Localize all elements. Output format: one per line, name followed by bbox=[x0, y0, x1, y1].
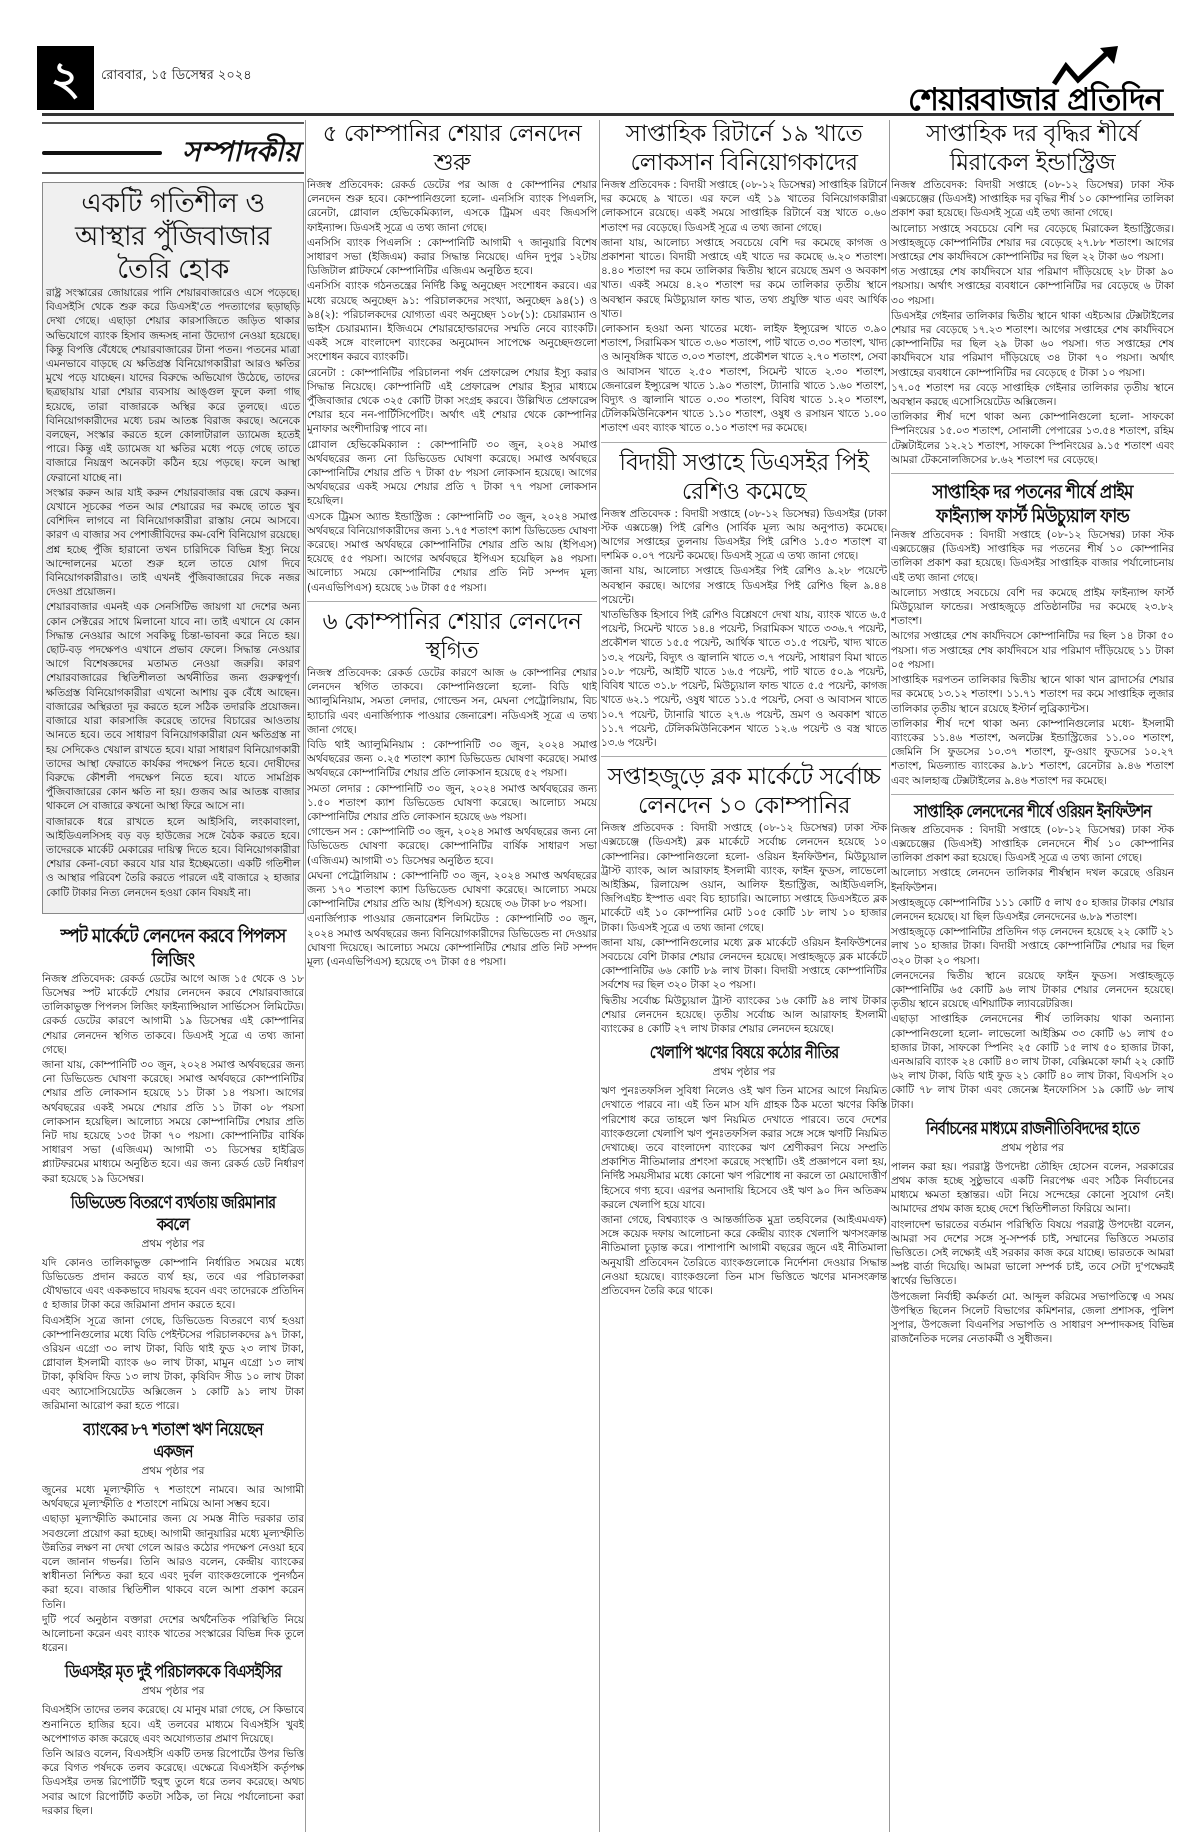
continued-label: প্রথম পৃষ্ঠার পর bbox=[891, 1141, 1174, 1158]
article-default-loan-policy[interactable]: খেলাপি ঋণের বিষয়ে কঠোর নীতির প্রথম পৃষ্… bbox=[601, 1042, 887, 1298]
article-divider bbox=[601, 442, 887, 443]
editorial-article[interactable]: একটি গতিশীল ও আস্থার পুঁজিবাজার তৈরি হোক… bbox=[42, 182, 304, 914]
article-paragraph: নিজস্ব প্রতিবেদক : বিদায়ী সপ্তাহে (০৮-১… bbox=[891, 528, 1174, 585]
article-paragraph: নিজস্ব প্রতিবেদক: রেকর্ড ডেটের পর আজ ৫ ক… bbox=[307, 178, 597, 235]
article-paragraph: এনার্জিপ্যাক পাওয়ার জেনারেশন লিমিটেড : … bbox=[307, 912, 597, 969]
article-paragraph: জানা যায়, কোম্পানিগুলোর মধ্যে ব্লক মার্… bbox=[601, 936, 887, 993]
article-dse-directors[interactable]: ডিএসইর মৃত দুই পরিচালককে বিএসইসির প্রথম … bbox=[42, 1661, 304, 1818]
article-paragraph: নিজস্ব প্রতিবেদক : বিদায়ী সপ্তাহে (০৮-১… bbox=[601, 821, 887, 935]
article-paragraph: উপজেলা নির্বাহী কর্মকর্তা মো. আব্দুল করি… bbox=[891, 1290, 1174, 1347]
continued-label: প্রথম পৃষ্ঠার পর bbox=[601, 1065, 887, 1082]
article-paragraph: এছাড়া মূল্যস্ফীতি কমানোর জন্য যে সমস্ত … bbox=[42, 1512, 304, 1611]
article-paragraph: ১৭.০৫ শতাংশ দর বেড়ে সাপ্তাহিক গেইনার তা… bbox=[891, 381, 1174, 409]
article-divider bbox=[307, 601, 597, 602]
article-paragraph: গত সপ্তাহের শেষ কার্যদিবসে যার পরিমাণ দা… bbox=[891, 265, 1174, 308]
page-number: ২ bbox=[37, 46, 94, 110]
article-peoples-leasing[interactable]: স্পট মার্কেটে লেনদেন করবে পিপলস লিজিং নি… bbox=[42, 924, 304, 1186]
article-paragraph: নিজস্ব প্রতিবেদক: রেকর্ড ডেটের আগে আজ ১৫… bbox=[42, 972, 304, 1057]
article-paragraph: ডিএসইর গেইনার তালিকার দ্বিতীয় স্থানে থা… bbox=[891, 309, 1174, 380]
article-headline: সাপ্তাহিক রিটার্নে ১৯ খাতে লোকসান বিনিয়… bbox=[601, 120, 887, 178]
article-paragraph: বিএসইসি তাদের তলব করেছে। যে মানুষ মারা গ… bbox=[42, 1703, 304, 1746]
article-paragraph: লেনদেনের দ্বিতীয় স্থানে রয়েছে ফাইন ফুড… bbox=[891, 969, 1174, 1012]
article-paragraph: এনসিসি ব্যাংক গঠনতন্ত্রের নির্দিষ্ট কিছু… bbox=[307, 279, 597, 364]
article-five-companies-resume[interactable]: ৫ কোম্পানির শেয়ার লেনদেন শুরু নিজস্ব প্… bbox=[307, 120, 597, 595]
masthead: ২ রোববার, ১৫ ডিসেম্বর ২০২৪ শেয়ারবাজার প… bbox=[37, 46, 1174, 110]
publication-date: রোববার, ১৫ ডিসেম্বর ২০২৪ bbox=[101, 66, 252, 87]
header-divider bbox=[42, 113, 1174, 116]
article-paragraph: নিজস্ব প্রতিবেদক: বিদায়ী সপ্তাহে (০৮-১২… bbox=[891, 178, 1174, 221]
column-3: সাপ্তাহিক রিটার্নে ১৯ খাতে লোকসান বিনিয়… bbox=[601, 120, 887, 1832]
column-4: সাপ্তাহিক দর বৃদ্ধির শীর্ষে মিরাকেল ইন্ড… bbox=[891, 120, 1174, 1832]
article-paragraph: এসকে ট্রিমস অ্যান্ড ইন্ডাস্ট্রিজ : কোম্প… bbox=[307, 510, 597, 595]
article-headline: সপ্তাহজুড়ে ব্লক মার্কেটে সর্বোচ্চ লেনদে… bbox=[601, 763, 887, 821]
article-headline: খেলাপি ঋণের বিষয়ে কঠোর নীতির bbox=[622, 1042, 865, 1064]
article-paragraph: আলোচ্য সপ্তাহে সবচেয়ে বেশি দর বেড়েছে ম… bbox=[891, 222, 1174, 265]
article-paragraph: গ্লোবাল হেভিকেমিক্যাল : কোম্পানিটি ৩০ জু… bbox=[307, 438, 597, 509]
article-pe-ratio[interactable]: বিদায়ী সপ্তাহে ডিএসইর পিই রেশিও কমেছে ন… bbox=[601, 449, 887, 750]
editorial-paragraph: সংস্কার করুন আর যাই করুন শেয়ারবাজার বন্… bbox=[46, 486, 300, 600]
article-paragraph: আলোচ্য সপ্তাহে সবচেয়ে বেশি দর কমেছে প্র… bbox=[891, 586, 1174, 629]
article-paragraph: সপ্তাহজুড়ে কোম্পানিটির ১১১ কোটি ৫ লাখ ৫… bbox=[891, 896, 1174, 924]
article-paragraph: রেনেটা : কোম্পানিটির পরিচালনা পর্ষদ প্রে… bbox=[307, 366, 597, 437]
article-paragraph: খাতভিত্তিক হিসাবে পিই রেশিও বিশ্লেষণে দে… bbox=[601, 608, 887, 750]
article-divider bbox=[891, 473, 1174, 474]
article-top-losers[interactable]: সাপ্তাহিক দর পতনের শীর্ষে প্রাইম ফাইন্যা… bbox=[891, 480, 1174, 788]
editorial-paragraph: শেয়ারবাজার এমনই এক সেনসিটিভ জায়গা যা দ… bbox=[46, 600, 300, 813]
article-headline: ৬ কোম্পানির শেয়ার লেনদেন স্থগিত bbox=[307, 608, 597, 666]
article-paragraph: মেঘনা পেট্রোলিয়াম : কোম্পানিটি ৩০ জুন, … bbox=[307, 869, 597, 912]
editorial-title: একটি গতিশীল ও আস্থার পুঁজিবাজার তৈরি হোক bbox=[46, 187, 300, 286]
column-divider bbox=[889, 120, 890, 1832]
article-paragraph: তালিকার শীর্ষ দশে থাকা অন্য কোম্পানিগুলো… bbox=[891, 410, 1174, 467]
article-paragraph: সপ্তাহজুড়ে কোম্পানিটির প্রতিদিন গড় লেন… bbox=[891, 925, 1174, 968]
article-paragraph: নিজস্ব প্রতিবেদক : বিদায়ী সপ্তাহে (০৮-১… bbox=[891, 823, 1174, 866]
article-paragraph: নিজস্ব প্রতিবেদক : বিদায়ী সপ্তাহে (০৮-১… bbox=[601, 178, 887, 235]
continued-label: প্রথম পৃষ্ঠার পর bbox=[42, 1684, 304, 1701]
article-paragraph: সাপ্তাহিক দরপতন তালিকার দ্বিতীয় স্থানে … bbox=[891, 673, 1174, 716]
article-headline: ব্যাংকের ৮৭ শতাংশ ঋণ নিয়েছেন একজন bbox=[62, 1419, 285, 1463]
article-paragraph: জানা যায়, আলোচ্য সপ্তাহে সবচেয়ে বেশি দ… bbox=[601, 236, 887, 321]
continued-label: প্রথম পৃষ্ঠার পর bbox=[42, 1237, 304, 1254]
article-headline: সাপ্তাহিক দর বৃদ্ধির শীর্ষে মিরাকেল ইন্ড… bbox=[891, 120, 1174, 178]
article-divider bbox=[601, 756, 887, 757]
article-paragraph: লোকসান হওয়া অন্য খাতের মধ্যে- লাইফ ইন্স… bbox=[601, 322, 887, 436]
article-headline: ডিএসইর মৃত দুই পরিচালককে বিএসইসির bbox=[62, 1661, 285, 1683]
article-headline: স্পট মার্কেটে লেনদেন করবে পিপলস লিজিং bbox=[58, 924, 289, 972]
article-weekly-return-sectors[interactable]: সাপ্তাহিক রিটার্নে ১৯ খাতে লোকসান বিনিয়… bbox=[601, 120, 887, 436]
decorative-stroke bbox=[42, 151, 162, 155]
article-paragraph: সমতা লেদার : কোম্পানিটি ৩০ জুন, ২০২৪ সমা… bbox=[307, 782, 597, 825]
article-paragraph: আলোচ্য সপ্তাহে লেনদেন তালিকার শীর্ষস্থান… bbox=[891, 866, 1174, 894]
editorial-paragraph: বাজারকে ধরে রাখতে হলে আইসিবি, লংকাবাংলা,… bbox=[46, 815, 300, 900]
editorial-paragraph: রাষ্ট্র সংস্কারের জোয়ারের পানি শেয়ারবা… bbox=[46, 286, 300, 485]
article-paragraph: নিজস্ব প্রতিবেদক : বিদায়ী সপ্তাহে (০৮-১… bbox=[601, 507, 887, 564]
article-paragraph: এনসিসি ব্যাংক পিএলসি : কোম্পানিটি আগামী … bbox=[307, 236, 597, 279]
article-paragraph: তালিকার শীর্ষ দশে থাকা অন্য কোম্পানিগুলো… bbox=[891, 717, 1174, 788]
article-paragraph: জানা গেছে, বিশ্বব্যাংক ও আন্তর্জাতিক মুদ… bbox=[601, 1213, 887, 1298]
article-headline: বিদায়ী সপ্তাহে ডিএসইর পিই রেশিও কমেছে bbox=[601, 449, 887, 507]
column-1: সম্পাদকীয় একটি গতিশীল ও আস্থার পুঁজিবাজ… bbox=[42, 120, 304, 1832]
article-block-market[interactable]: সপ্তাহজুড়ে ব্লক মার্কেটে সর্বোচ্চ লেনদে… bbox=[601, 763, 887, 1036]
article-top-gainers[interactable]: সাপ্তাহিক দর বৃদ্ধির শীর্ষে মিরাকেল ইন্ড… bbox=[891, 120, 1174, 467]
article-paragraph: আগের সপ্তাহের শেষ কার্যদিবসে কোম্পানিটির… bbox=[891, 629, 1174, 672]
article-headline: নির্বাচনের মাধ্যমে রাজনীতিবিদদের হাতে bbox=[912, 1118, 1153, 1140]
article-bank-loan[interactable]: ব্যাংকের ৮৭ শতাংশ ঋণ নিয়েছেন একজন প্রথম… bbox=[42, 1419, 304, 1655]
article-election-power[interactable]: নির্বাচনের মাধ্যমে রাজনীতিবিদদের হাতে প্… bbox=[891, 1118, 1174, 1347]
article-paragraph: ঋণ পুনঃতফসিল সুবিধা নিলেও ওই ঋণ তিন মাসে… bbox=[601, 1084, 887, 1212]
article-paragraph: জানা যায়, কোম্পানিটি ৩০ জুন, ২০২৪ সমাপ্… bbox=[42, 1058, 304, 1186]
article-divider bbox=[891, 794, 1174, 795]
article-paragraph: জুনের মধ্যে মূল্যস্ফীতি ৭ শতাংশে নামবে। … bbox=[42, 1483, 304, 1511]
article-paragraph: পালন করা হয়। পররাষ্ট্র উপদেষ্টা তৌহিদ হ… bbox=[891, 1160, 1174, 1217]
column-divider bbox=[305, 120, 306, 1832]
article-paragraph: যদি কোনও তালিকাভুক্ত কোম্পানি নির্ধারিত … bbox=[42, 1256, 304, 1313]
article-headline: ডিভিডেন্ড বিতরণে ব্যর্থতায় জরিমানার কবল… bbox=[62, 1192, 285, 1236]
article-dividend-penalty[interactable]: ডিভিডেন্ড বিতরণে ব্যর্থতায় জরিমানার কবল… bbox=[42, 1192, 304, 1413]
article-paragraph: দ্বিতীয় সর্বোচ্চ মিউচ্যুয়াল ট্রাস্ট ব্… bbox=[601, 994, 887, 1037]
article-paragraph: দুটি পর্বে অনুষ্ঠান বক্তারা দেশের অর্থনৈ… bbox=[42, 1613, 304, 1656]
article-paragraph: গোল্ডেন সন : কোম্পানিটি ৩০ জুন, ২০২৪ সমা… bbox=[307, 825, 597, 868]
article-paragraph: তিনি আরও বলেন, বিএসইসি একটি তদন্ত রিপোর্… bbox=[42, 1747, 304, 1818]
article-headline: ৫ কোম্পানির শেয়ার লেনদেন শুরু bbox=[307, 120, 597, 178]
article-six-companies-halted[interactable]: ৬ কোম্পানির শেয়ার লেনদেন স্থগিত নিজস্ব … bbox=[307, 608, 597, 969]
article-paragraph: এছাড়া সাপ্তাহিক লেনদেনের শীর্ষ তালিকায়… bbox=[891, 1012, 1174, 1111]
article-headline: সাপ্তাহিক দর পতনের শীর্ষে প্রাইম ফাইন্যা… bbox=[908, 480, 1157, 528]
column-divider bbox=[599, 120, 600, 1832]
editorial-banner: সম্পাদকীয় bbox=[42, 122, 304, 174]
article-paragraph: নিজস্ব প্রতিবেদক: রেকর্ড ডেটের কারণে আজ … bbox=[307, 666, 597, 737]
editorial-section-label: সম্পাদকীয় bbox=[182, 130, 300, 177]
continued-label: প্রথম পৃষ্ঠার পর bbox=[42, 1464, 304, 1481]
article-paragraph: জানা যায়, আলোচ্য সপ্তাহে ডিএসইর পিই রেশ… bbox=[601, 564, 887, 607]
article-top-turnover[interactable]: সাপ্তাহিক লেনদেনের শীর্ষে ওরিয়ন ইনফিউশন… bbox=[891, 801, 1174, 1112]
column-2: ৫ কোম্পানির শেয়ার লেনদেন শুরু নিজস্ব প্… bbox=[307, 120, 597, 1832]
article-headline: সাপ্তাহিক লেনদেনের শীর্ষে ওরিয়ন ইনফিউশন bbox=[912, 801, 1153, 823]
article-paragraph: বিডি থাই অ্যালুমিনিয়াম : কোম্পানিটি ৩০ … bbox=[307, 738, 597, 781]
article-paragraph: বিএসইসি সূত্রে জানা গেছে, ডিভিডেন্ড বিতর… bbox=[42, 1314, 304, 1413]
article-paragraph: বাংলাদেশ ভারতের বর্তমান পরিস্থিতি বিষয়ে… bbox=[891, 1218, 1174, 1289]
